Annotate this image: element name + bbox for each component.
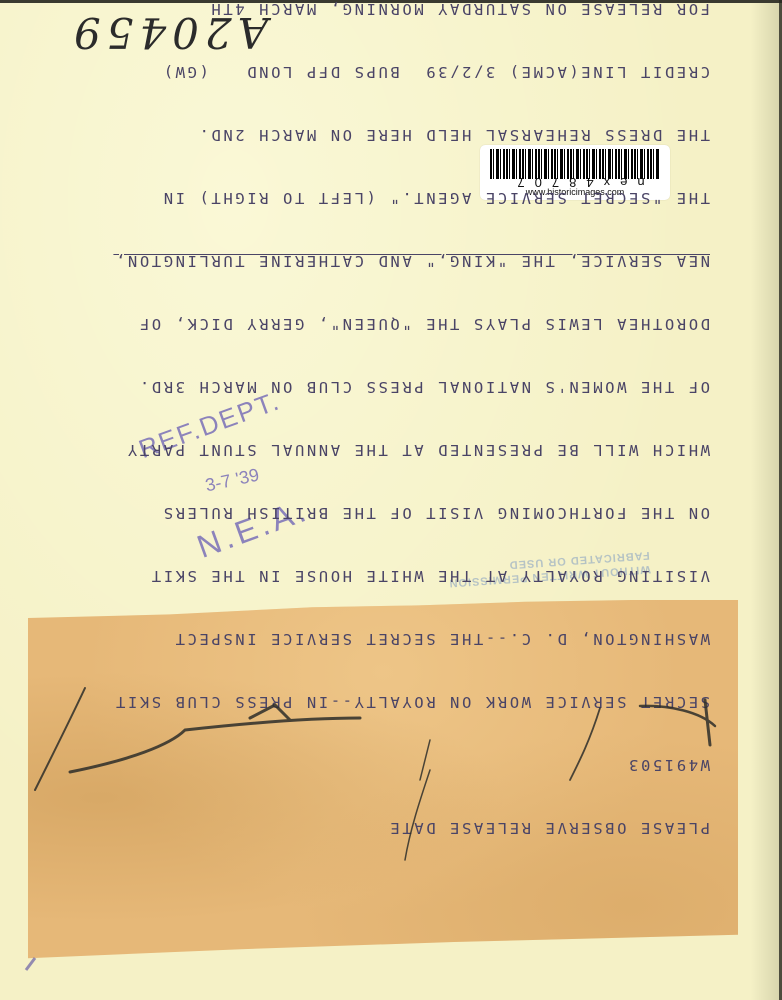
caption-line: FOR RELEASE ON SATURDAY MORNING, MARCH 4… xyxy=(50,0,710,19)
caption-line: WHICH WILL BE PRESENTED AT THE ANNUAL ST… xyxy=(50,439,710,460)
typed-caption: PLEASE OBSERVE RELEASE DATE W491503 SECR… xyxy=(50,615,710,880)
caption-line: ON THE FORTHCOMING VISIT OF THE BRITISH … xyxy=(50,502,710,523)
caption-line: THE "SECRET SERVICE AGENT." (LEFT TO RIG… xyxy=(50,187,710,208)
caption-line: PLEASE OBSERVE RELEASE DATE xyxy=(50,817,710,838)
caption-line: W491503 xyxy=(50,754,710,775)
caption-line: OF THE WOMEN'S NATIONAL PRESS CLUB ON MA… xyxy=(50,376,710,397)
caption-line: CREDIT LINE(ACME) 3/2/39 BUPS DFP LOND (… xyxy=(50,61,710,82)
caption-line: WASHINGTON, D. C.--THE SECRET SERVICE IN… xyxy=(50,628,710,649)
caption-line: NEA SERVICE, THE "KING," AND CATHERINE T… xyxy=(50,250,710,271)
caption-line: DOROTHEA LEWIS PLAYS THE "QUEEN", GERRY … xyxy=(50,313,710,334)
caption-line: SECRET SERVICE WORK ON ROYALTY--IN PRESS… xyxy=(50,691,710,712)
caption-line: THE DRESS REHEARSAL HELD HERE ON MARCH 2… xyxy=(50,124,710,145)
caption-line: VISITING ROYALTY AT THE WHITE HOUSE IN T… xyxy=(50,565,710,586)
